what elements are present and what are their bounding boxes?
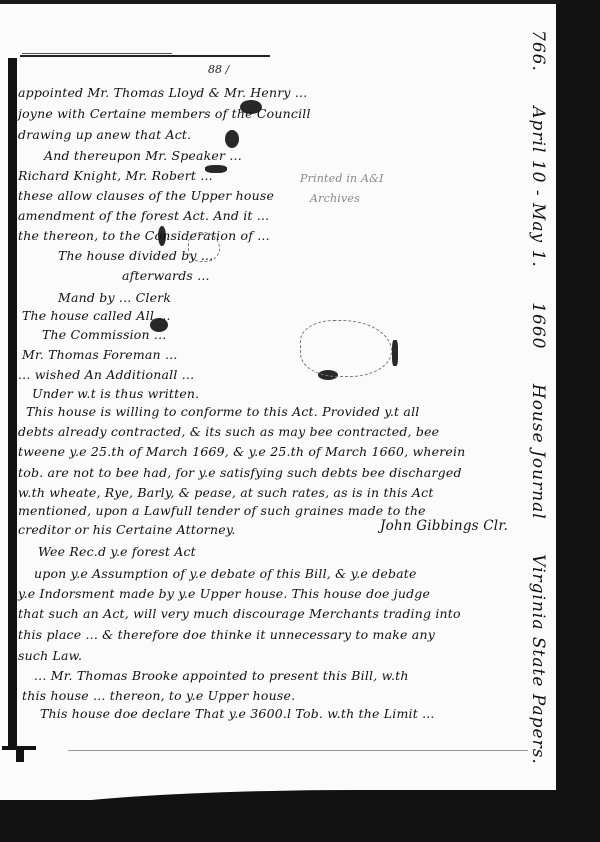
text-line: ... Mr. Thomas Brooke appointed to prese… xyxy=(34,668,409,683)
text-line: mentioned, upon a Lawfull tender of such… xyxy=(18,503,426,518)
scan-border-top xyxy=(0,0,560,4)
text-line: that such an Act, will very much discour… xyxy=(18,606,461,621)
text-line: joyne with Certaine members of the Counc… xyxy=(18,106,311,121)
text-line: ... wished An Additionall ... xyxy=(18,367,194,382)
text-line: this place ... & therefore doe thinke it… xyxy=(18,627,435,642)
text-line: Mand by ... Clerk xyxy=(58,290,171,305)
margin-annotation-line-1: Printed in A&I xyxy=(300,172,384,185)
side-caption-collection: Virginia State Papers. xyxy=(528,554,548,765)
side-caption-source: House Journal xyxy=(528,384,548,520)
text-line: amendment of the forest Act. And it ... xyxy=(18,208,269,223)
ink-blot xyxy=(225,130,239,148)
text-line: appointed Mr. Thomas Lloyd & Mr. Henry .… xyxy=(18,85,307,100)
text-line: the thereon, to the Consideration of ... xyxy=(18,228,270,243)
top-rule xyxy=(20,55,270,57)
bottom-rule xyxy=(68,750,528,751)
text-line: y.e Indorsment made by y.e Upper house. … xyxy=(18,586,430,601)
side-caption-year: 1660 xyxy=(528,302,548,349)
binding-spine-foot-stem xyxy=(16,750,24,762)
side-caption-number: 766. xyxy=(528,30,548,72)
text-line: This house is willing to conforme to thi… xyxy=(26,404,419,419)
text-line: The house divided by ... xyxy=(58,248,213,263)
text-line: tob. are not to bee had, for y.e satisfy… xyxy=(18,465,462,480)
top-rule-faint xyxy=(22,53,172,54)
text-line: debts already contracted, & its such as … xyxy=(18,424,439,439)
text-line: this house ... thereon, to y.e Upper hou… xyxy=(22,688,295,703)
text-line: w.th wheate, Rye, Barly, & pease, at suc… xyxy=(18,485,434,500)
text-line: tweene y.e 25.th of March 1669, & y.e 25… xyxy=(18,444,465,459)
side-caption: 766. April 10 - May 1. 1660 House Journa… xyxy=(528,30,548,793)
side-caption-dates: April 10 - May 1. xyxy=(528,106,548,268)
text-line: And thereupon Mr. Speaker ... xyxy=(44,148,242,163)
text-line: Under w.t is thus written. xyxy=(32,386,199,401)
scan-border-right xyxy=(556,0,600,842)
clerk-signature: John Gibbings Clr. xyxy=(380,518,508,534)
text-line: drawing up anew that Act. xyxy=(18,127,191,142)
text-line: upon y.e Assumption of y.e debate of thi… xyxy=(34,566,417,581)
text-line: creditor or his Certaine Attorney. xyxy=(18,522,236,537)
text-line: such Law. xyxy=(18,648,82,663)
binding-spine xyxy=(8,58,17,748)
text-line: Wee Rec.d y.e forest Act xyxy=(38,544,196,559)
text-line: Mr. Thomas Foreman ... xyxy=(22,347,178,362)
margin-annotation-line-2: Archives xyxy=(310,192,360,205)
text-line: The house called All ... xyxy=(22,308,171,323)
text-line: these allow clauses of the Upper house xyxy=(18,188,274,203)
text-line: The Commission ... xyxy=(42,327,166,342)
ink-blot xyxy=(392,340,398,366)
text-line: afterwards ... xyxy=(122,268,210,283)
text-line: This house doe declare That y.e 3600.l T… xyxy=(40,706,435,721)
text-line: Richard Knight, Mr. Robert ... xyxy=(18,168,213,183)
page-marker: 88 / xyxy=(208,63,229,76)
